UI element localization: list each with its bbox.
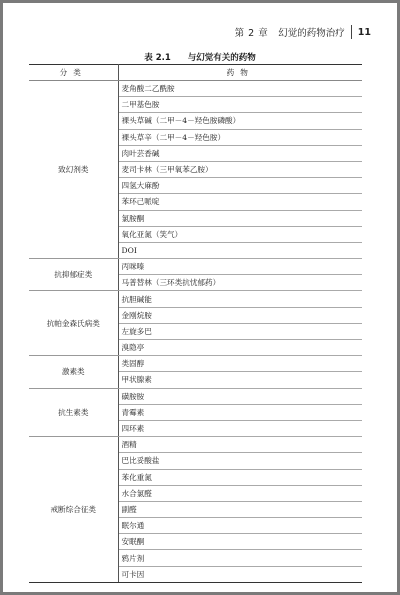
drug-cell: 水合氯醛 — [118, 485, 362, 501]
drug-cell: 苯化重氮 — [118, 469, 362, 485]
header-drug: 药物 — [118, 65, 362, 81]
drug-cell: 二甲基色胺 — [118, 97, 362, 113]
drug-cell: 可卡因 — [118, 566, 362, 582]
running-head: 第 2 章 幻觉的药物治疗 11 — [235, 25, 371, 39]
drug-cell: 甲状腺素 — [118, 372, 362, 388]
category-cell: 激素类 — [29, 356, 118, 388]
table-row: 激素类类固醇 — [29, 356, 362, 372]
table-row: 抗生素类磺胺胺 — [29, 388, 362, 404]
category-cell: 抗抑郁症类 — [29, 259, 118, 291]
table-caption: 表 2.1 与幻觉有关的药物 — [3, 51, 397, 63]
drug-cell: DOI — [118, 242, 362, 258]
table-title: 与幻觉有关的药物 — [188, 53, 256, 63]
table-row: 致幻剂类麦角酸二乙酰胺 — [29, 81, 362, 97]
drug-cell: 金刚烷胺 — [118, 307, 362, 323]
drug-cell: 酒精 — [118, 437, 362, 453]
drug-cell: 四氢大麻酚 — [118, 178, 362, 194]
table-row: 戒断综合征类酒精 — [29, 437, 362, 453]
drug-cell: 马普替林（三环类抗忧郁药） — [118, 275, 362, 291]
book-page: 第 2 章 幻觉的药物治疗 11 表 2.1 与幻觉有关的药物 分类 药物 致幻… — [3, 3, 397, 592]
drug-cell: 氯胺酮 — [118, 210, 362, 226]
category-cell: 戒断综合征类 — [29, 437, 118, 583]
category-cell: 致幻剂类 — [29, 81, 118, 259]
table-row: 抗帕金森氏病类抗胆碱能 — [29, 291, 362, 307]
drug-cell: 磺胺胺 — [118, 388, 362, 404]
drug-cell: 抗胆碱能 — [118, 291, 362, 307]
drug-cell: 类固醇 — [118, 356, 362, 372]
drug-cell: 安眠酮 — [118, 534, 362, 550]
drug-cell: 麦角酸二乙酰胺 — [118, 81, 362, 97]
drug-cell: 眠尔通 — [118, 518, 362, 534]
drug-cell: 裸头草碱（二甲－4－羟色胺磷酸） — [118, 113, 362, 129]
drug-cell: 四环素 — [118, 420, 362, 436]
drug-table: 分类 药物 致幻剂类麦角酸二乙酰胺二甲基色胺裸头草碱（二甲－4－羟色胺磷酸）裸头… — [29, 64, 362, 583]
table-header-row: 分类 药物 — [29, 65, 362, 81]
header-category: 分类 — [29, 65, 118, 81]
table-body: 致幻剂类麦角酸二乙酰胺二甲基色胺裸头草碱（二甲－4－羟色胺磷酸）裸头草辛（二甲－… — [29, 81, 362, 583]
drug-cell: 巴比妥酸盐 — [118, 453, 362, 469]
drug-cell: 苯环己哌啶 — [118, 194, 362, 210]
page-number: 11 — [358, 27, 371, 38]
table-row: 抗抑郁症类丙咪嗪 — [29, 259, 362, 275]
drug-cell: 肉叶芸香碱 — [118, 145, 362, 161]
table-number: 表 2.1 — [144, 53, 171, 63]
category-cell: 抗生素类 — [29, 388, 118, 437]
drug-cell: 青霉素 — [118, 404, 362, 420]
drug-cell: 左旋多巴 — [118, 323, 362, 339]
drug-cell: 丙咪嗪 — [118, 259, 362, 275]
drug-cell: 副醛 — [118, 501, 362, 517]
drug-cell: 麦司卡林（三甲氧苯乙胺） — [118, 161, 362, 177]
drug-cell: 氧化亚氮（笑气） — [118, 226, 362, 242]
chapter-title: 幻觉的药物治疗 — [278, 25, 345, 39]
drug-cell: 鸦片剂 — [118, 550, 362, 566]
chapter-label: 第 2 章 — [235, 25, 269, 39]
drug-cell: 裸头草辛（二甲－4－羟色胺） — [118, 129, 362, 145]
drug-cell: 溴隐亭 — [118, 340, 362, 356]
header-divider — [351, 25, 352, 39]
category-cell: 抗帕金森氏病类 — [29, 291, 118, 356]
